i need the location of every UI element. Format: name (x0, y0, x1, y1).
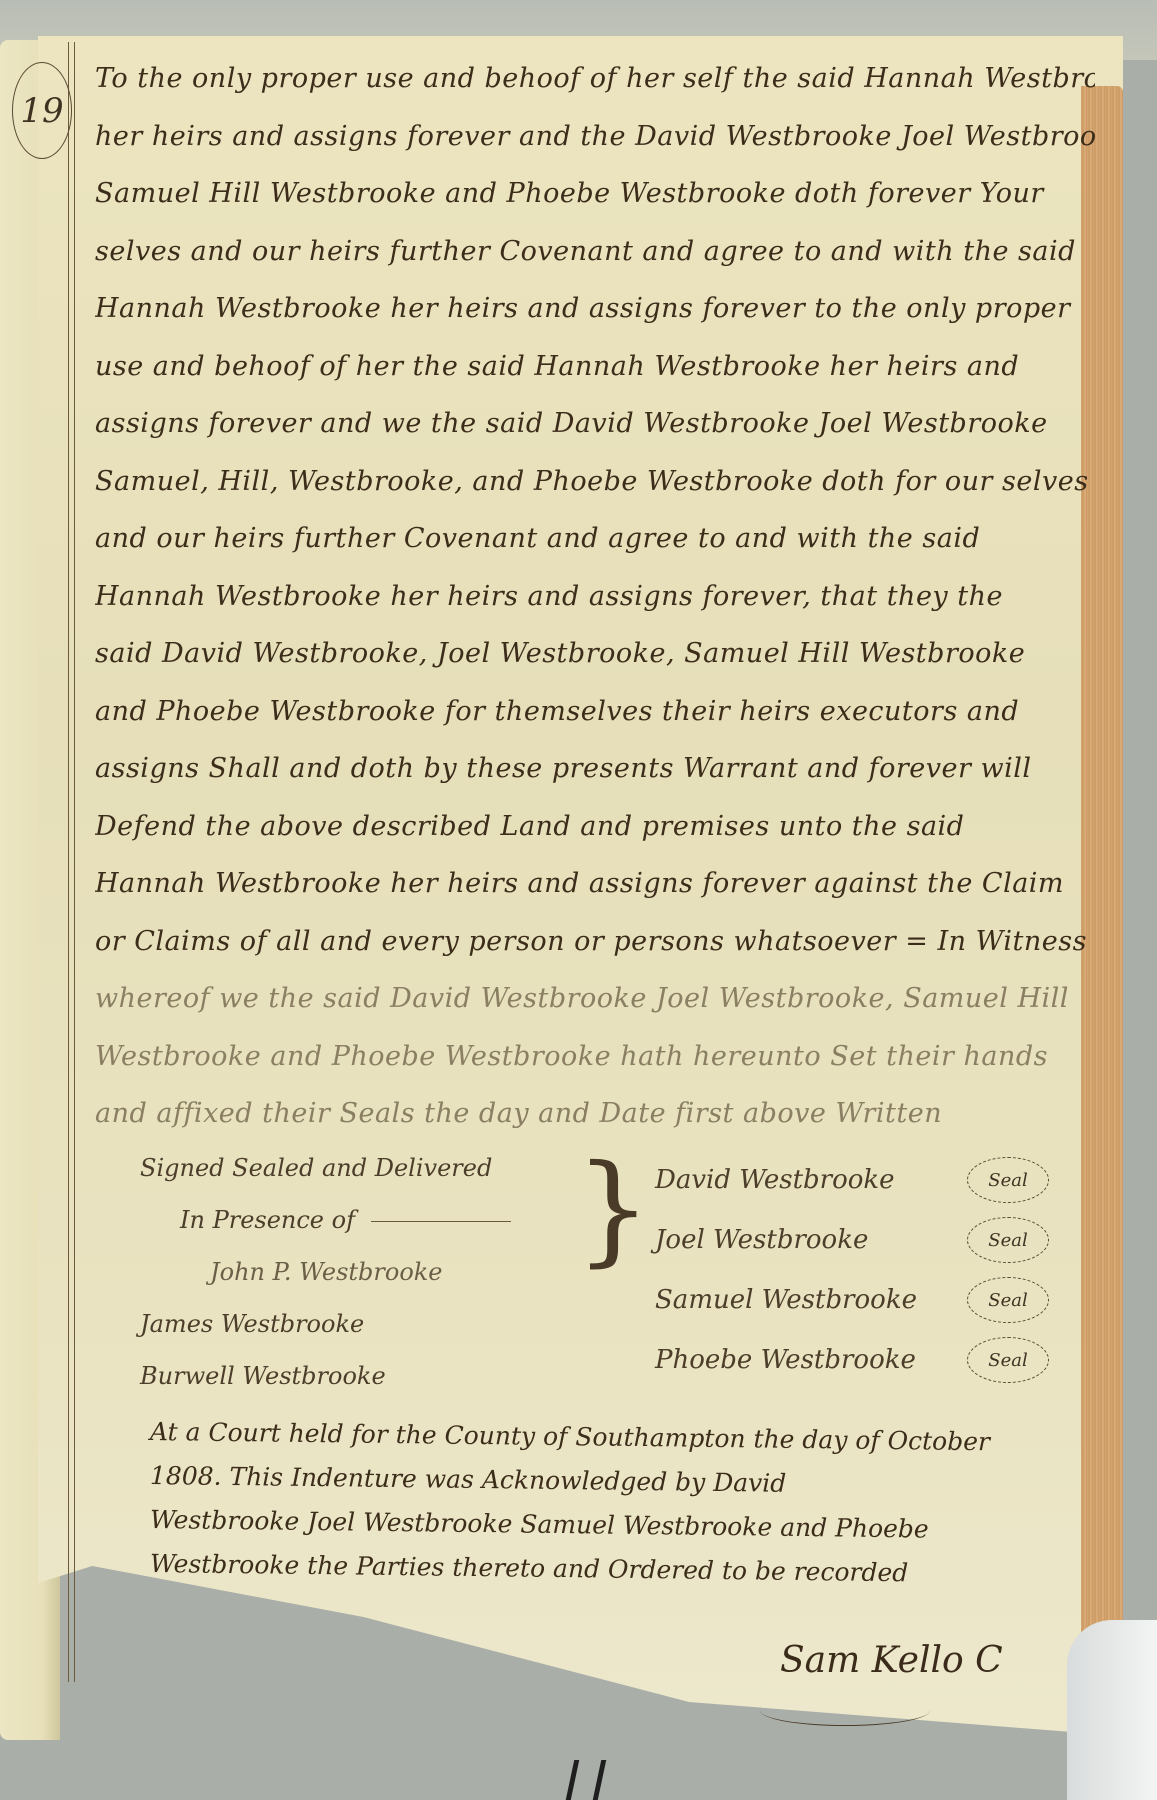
brace-icon: } (575, 1150, 651, 1270)
signatory-row: Samuel Westbrooke Seal (655, 1270, 1125, 1330)
signatory-name: David Westbrooke (655, 1165, 955, 1195)
deed-line: Defend the above described Land and prem… (95, 798, 1095, 856)
deed-line: selves and our heirs further Covenant an… (95, 223, 1095, 281)
presence-label: In Presence of (180, 1206, 355, 1234)
deed-line: use and behoof of her the said Hannah We… (95, 338, 1095, 396)
deed-line: Samuel, Hill, Westbrooke, and Phoebe Wes… (95, 453, 1095, 511)
signatory-row: David Westbrooke Seal (655, 1150, 1125, 1210)
folio-number-text: 19 (20, 91, 63, 131)
deed-line: or Claims of all and every person or per… (95, 913, 1095, 971)
deed-body: To the only proper use and behoof of her… (95, 50, 1095, 1143)
signature-flourish (760, 1695, 930, 1726)
signature-section: Signed Sealed and Delivered In Presence … (120, 1130, 1120, 1400)
deed-line: To the only proper use and behoof of her… (95, 50, 1095, 108)
signatory-name: Joel Westbrooke (655, 1225, 955, 1255)
seal-icon: Seal (967, 1277, 1049, 1323)
deed-line: and Phoebe Westbrooke for themselves the… (95, 683, 1095, 741)
deed-line: Samuel Hill Westbrooke and Phoebe Westbr… (95, 165, 1095, 223)
seal-icon: Seal (967, 1157, 1049, 1203)
deed-line: whereof we the said David Westbrooke Joe… (95, 970, 1095, 1028)
dash-rule (371, 1221, 511, 1222)
deed-line: and our heirs further Covenant and agree… (95, 510, 1095, 568)
signatory-row: Phoebe Westbrooke Seal (655, 1330, 1125, 1390)
deed-line: Westbrooke and Phoebe Westbrooke hath he… (95, 1028, 1095, 1086)
signatory-name: Samuel Westbrooke (655, 1285, 955, 1315)
margin-rule-line (74, 42, 75, 1682)
seal-icon: Seal (967, 1217, 1049, 1263)
witness-name: Burwell Westbrooke (140, 1350, 700, 1402)
acknowledgment-block: At a Court held for the County of Southa… (150, 1410, 1110, 1586)
deed-line: Hannah Westbrooke her heirs and assigns … (95, 280, 1095, 338)
deed-line: Hannah Westbrooke her heirs and assigns … (95, 568, 1095, 626)
clerk-signature: Sam Kello C (780, 1640, 1003, 1681)
seal-icon: Seal (967, 1337, 1049, 1383)
margin-rule-line (68, 42, 69, 1682)
deed-line: assigns forever and we the said David We… (95, 395, 1095, 453)
deed-line: said David Westbrooke, Joel Westbrooke, … (95, 625, 1095, 683)
deed-line: her heirs and assigns forever and the Da… (95, 108, 1095, 166)
folio-number: 19 (12, 62, 72, 159)
signatories-block: David Westbrooke Seal Joel Westbrooke Se… (655, 1150, 1125, 1390)
witness-name: James Westbrooke (140, 1298, 700, 1350)
gloved-thumb (1067, 1620, 1157, 1800)
signatory-row: Joel Westbrooke Seal (655, 1210, 1125, 1270)
cable (566, 1760, 607, 1800)
signatory-name: Phoebe Westbrooke (655, 1345, 955, 1375)
deed-line: Hannah Westbrooke her heirs and assigns … (95, 855, 1095, 913)
deed-line: assigns Shall and doth by these presents… (95, 740, 1095, 798)
